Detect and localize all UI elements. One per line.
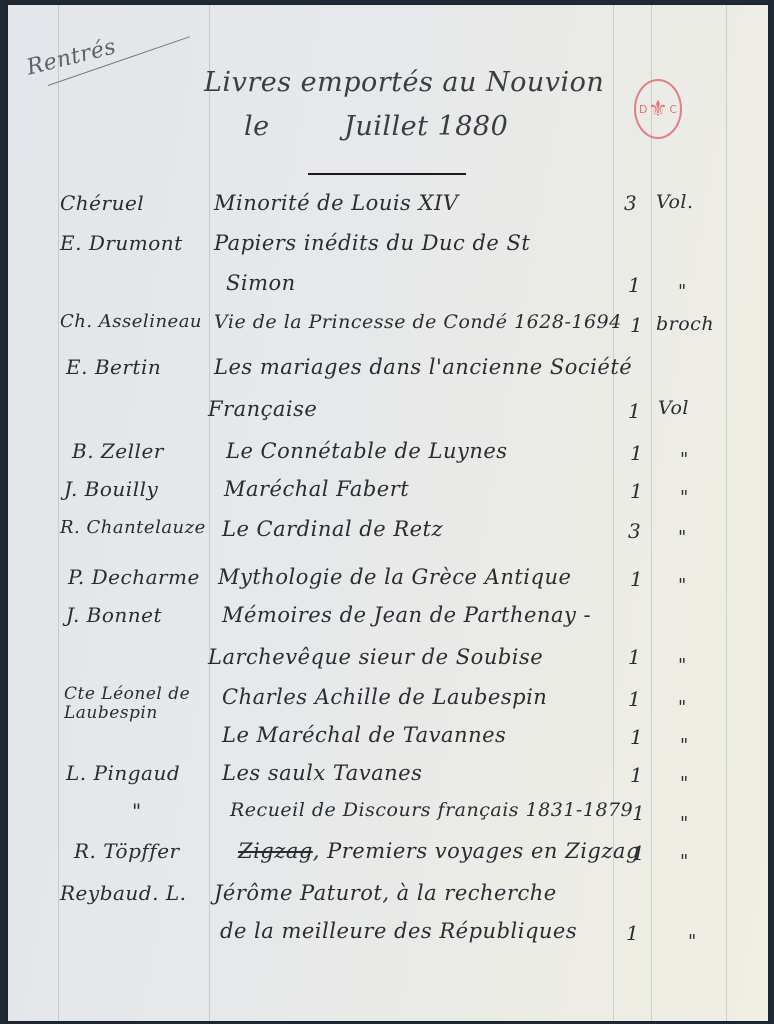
entry-quantity: 1 <box>626 921 639 945</box>
entry-title: Le Connétable de Luynes <box>226 439 508 463</box>
column-rule <box>58 5 59 1021</box>
entry-title: Mémoires de Jean de Parthenay - <box>222 603 591 627</box>
entry-author: J. Bouilly <box>64 477 158 501</box>
entry-unit-ditto: " <box>680 735 689 756</box>
entry-author: B. Zeller <box>72 439 164 463</box>
entry-unit: Vol. <box>656 191 694 213</box>
entry-quantity: 1 <box>630 479 643 503</box>
entry-title: Charles Achille de Laubespin <box>222 685 547 709</box>
stamp-letter-right: C <box>669 103 677 116</box>
library-stamp: D ⚜ C <box>634 79 682 139</box>
entry-quantity: 1 <box>632 841 645 865</box>
entry-title: Maréchal Fabert <box>224 477 409 501</box>
entry-unit-ditto: " <box>678 575 687 596</box>
entry-author: P. Decharme <box>68 565 200 589</box>
column-rule <box>726 5 727 1021</box>
entry-unit-ditto: " <box>680 813 689 834</box>
entry-title: Minorité de Louis XIV <box>214 191 458 215</box>
entry-quantity: 1 <box>630 763 643 787</box>
entry-author: E. Drumont <box>60 231 183 255</box>
entry-author: Ch. Asselineau <box>60 311 202 332</box>
entry-author: Chéruel <box>60 191 144 215</box>
entry-quantity: 1 <box>628 645 641 669</box>
entry-quantity: 1 <box>630 725 643 749</box>
entry-quantity: 1 <box>628 687 641 711</box>
stamp-letter-left: D <box>639 103 647 116</box>
document-title-line1: Livres emportés au Nouvion <box>204 67 604 98</box>
entry-unit-ditto: " <box>688 931 697 952</box>
entry-author-ditto: " <box>204 709 205 710</box>
column-rule <box>209 5 210 1021</box>
entry-quantity: 1 <box>630 567 643 591</box>
entry-unit-ditto: " <box>678 527 687 548</box>
struck-word: Zigzag <box>238 839 313 863</box>
title-underline <box>308 173 466 175</box>
entry-title: Papiers inédits du Duc de St <box>214 231 530 255</box>
entry-unit-ditto: " <box>678 655 687 676</box>
document-title-date: Juillet 1880 <box>344 111 508 142</box>
entry-unit-ditto: " <box>680 449 689 470</box>
entry-quantity: 1 <box>630 441 643 465</box>
entry-title: , Premiers voyages en Zigzag <box>313 839 640 863</box>
entry-unit-ditto: " <box>678 697 687 718</box>
entry-title: Mythologie de la Grèce Antique <box>218 565 571 589</box>
entry-title: Le Maréchal de Tavannes <box>222 723 506 747</box>
entry-title-continued: Simon <box>226 271 296 295</box>
entry-author: Reybaud. L. <box>60 881 186 905</box>
fleur-de-lis-icon: ⚜ <box>648 97 668 122</box>
entry-title-continued: Française <box>208 397 317 421</box>
entry-unit: broch <box>656 313 714 335</box>
entry-title: Le Cardinal de Retz <box>222 517 443 541</box>
entry-unit-ditto: " <box>680 851 689 872</box>
entry-quantity: 3 <box>624 191 637 215</box>
entry-unit: Vol <box>658 397 689 419</box>
entry-author: J. Bonnet <box>66 603 162 627</box>
entry-title: Jérôme Paturot, à la recherche <box>214 881 557 905</box>
margin-note: Rentrés <box>24 34 118 80</box>
entry-quantity: 1 <box>630 313 643 337</box>
entry-author: L. Pingaud <box>66 761 180 785</box>
entry-title: Les mariages dans l'ancienne Société <box>214 355 632 379</box>
entry-quantity: 1 <box>628 399 641 423</box>
entry-unit-ditto: " <box>680 487 689 508</box>
document-title-prefix: le <box>244 111 270 142</box>
entry-quantity: 1 <box>628 273 641 297</box>
entry-author: R. Töpffer <box>74 839 180 863</box>
entry-author: E. Bertin <box>66 355 161 379</box>
column-rule <box>651 5 652 1021</box>
entry-author: R. Chantelauze <box>60 517 206 538</box>
entry-title: Recueil de Discours français 1831-1879 <box>230 799 633 821</box>
manuscript-page: Rentrés Livres emportés au Nouvion le Ju… <box>8 5 768 1021</box>
entry-title-continued: Larchevêque sieur de Soubise <box>208 645 543 669</box>
entry-quantity: 3 <box>628 519 641 543</box>
entry-title-row: Zigzag, Premiers voyages en Zigzag <box>238 839 640 863</box>
entry-unit-ditto: " <box>680 773 689 794</box>
entry-author: Cte Léonel de Laubespin <box>64 685 204 723</box>
entry-unit-ditto: " <box>678 281 687 302</box>
entry-quantity: 1 <box>632 801 645 825</box>
entry-title-continued: de la meilleure des Républiques <box>220 919 577 943</box>
column-rule <box>613 5 614 1021</box>
entry-title: Vie de la Princesse de Condé 1628-1694 <box>214 311 622 333</box>
entry-title: Les saulx Tavanes <box>222 761 422 785</box>
entry-author-ditto: " <box>132 799 142 823</box>
